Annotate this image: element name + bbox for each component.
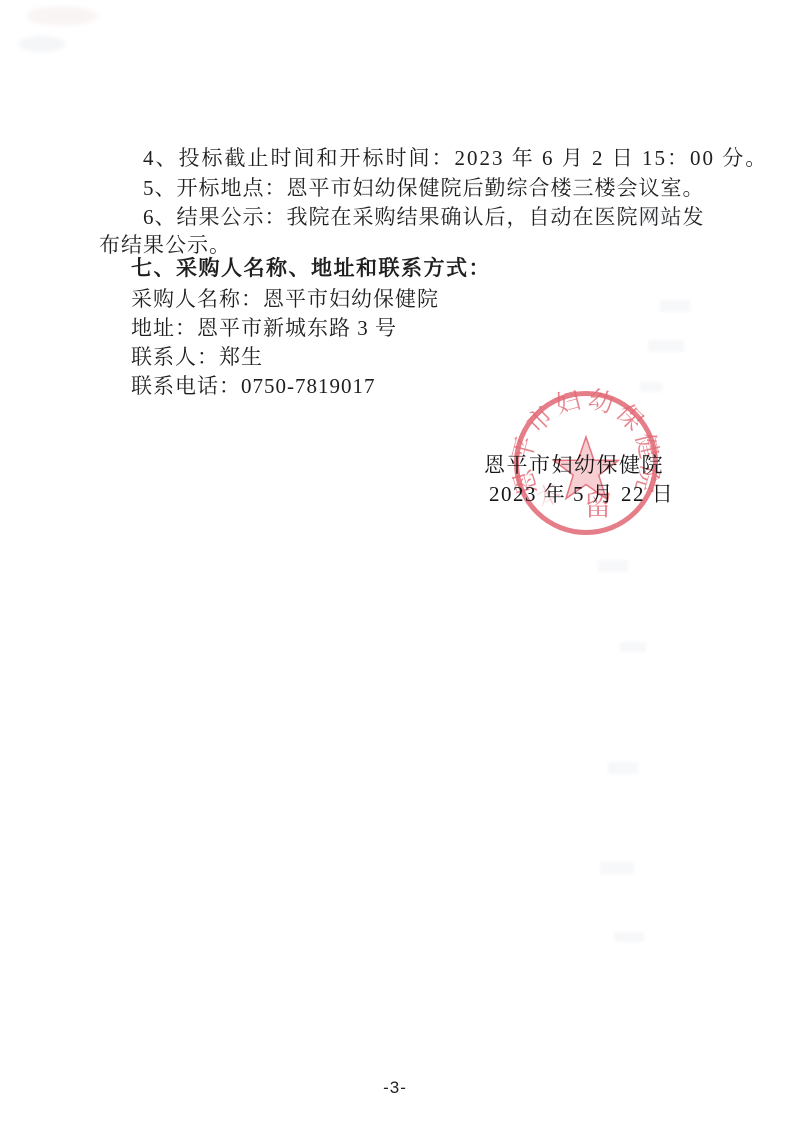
purchaser-name-line: 采购人名称：恩平市妇幼保健院 <box>131 287 439 311</box>
paragraph-item-4: 4、投标截止时间和开标时间：2023 年 6 月 2 日 15：00 分。 <box>143 146 768 170</box>
bleedthrough-artifact <box>608 762 638 774</box>
section-7-heading: 七、采购人名称、地址和联系方式： <box>131 257 491 281</box>
contact-phone-line: 联系电话：0750-7819017 <box>131 374 376 398</box>
signature-date: 2023 年 5 月 22 日 <box>489 478 674 508</box>
bleedthrough-artifact <box>614 932 644 942</box>
scan-smudge <box>18 36 66 52</box>
contact-person-line: 联系人：郑生 <box>131 345 263 369</box>
signature-org-name: 恩平市妇幼保健院 <box>484 449 664 479</box>
scan-smudge <box>26 6 98 26</box>
paragraph-item-5: 5、开标地点：恩平市妇幼保健院后勤综合楼三楼会议室。 <box>143 176 705 200</box>
address-line: 地址：恩平市新城东路 3 号 <box>131 316 397 340</box>
bleedthrough-artifact <box>648 340 684 352</box>
bleedthrough-artifact <box>620 642 646 652</box>
bleedthrough-artifact <box>660 300 690 312</box>
bleedthrough-artifact <box>600 862 634 874</box>
document-page: 4、投标截止时间和开标时间：2023 年 6 月 2 日 15：00 分。 5、… <box>0 0 790 1125</box>
paragraph-item-6-line2: 布结果公示。 <box>99 233 231 257</box>
bleedthrough-artifact <box>598 560 628 572</box>
paragraph-item-6-line1: 6、结果公示：我院在采购结果确认后，自动在医院网站发 <box>143 205 705 229</box>
page-number: -3- <box>0 1078 790 1098</box>
